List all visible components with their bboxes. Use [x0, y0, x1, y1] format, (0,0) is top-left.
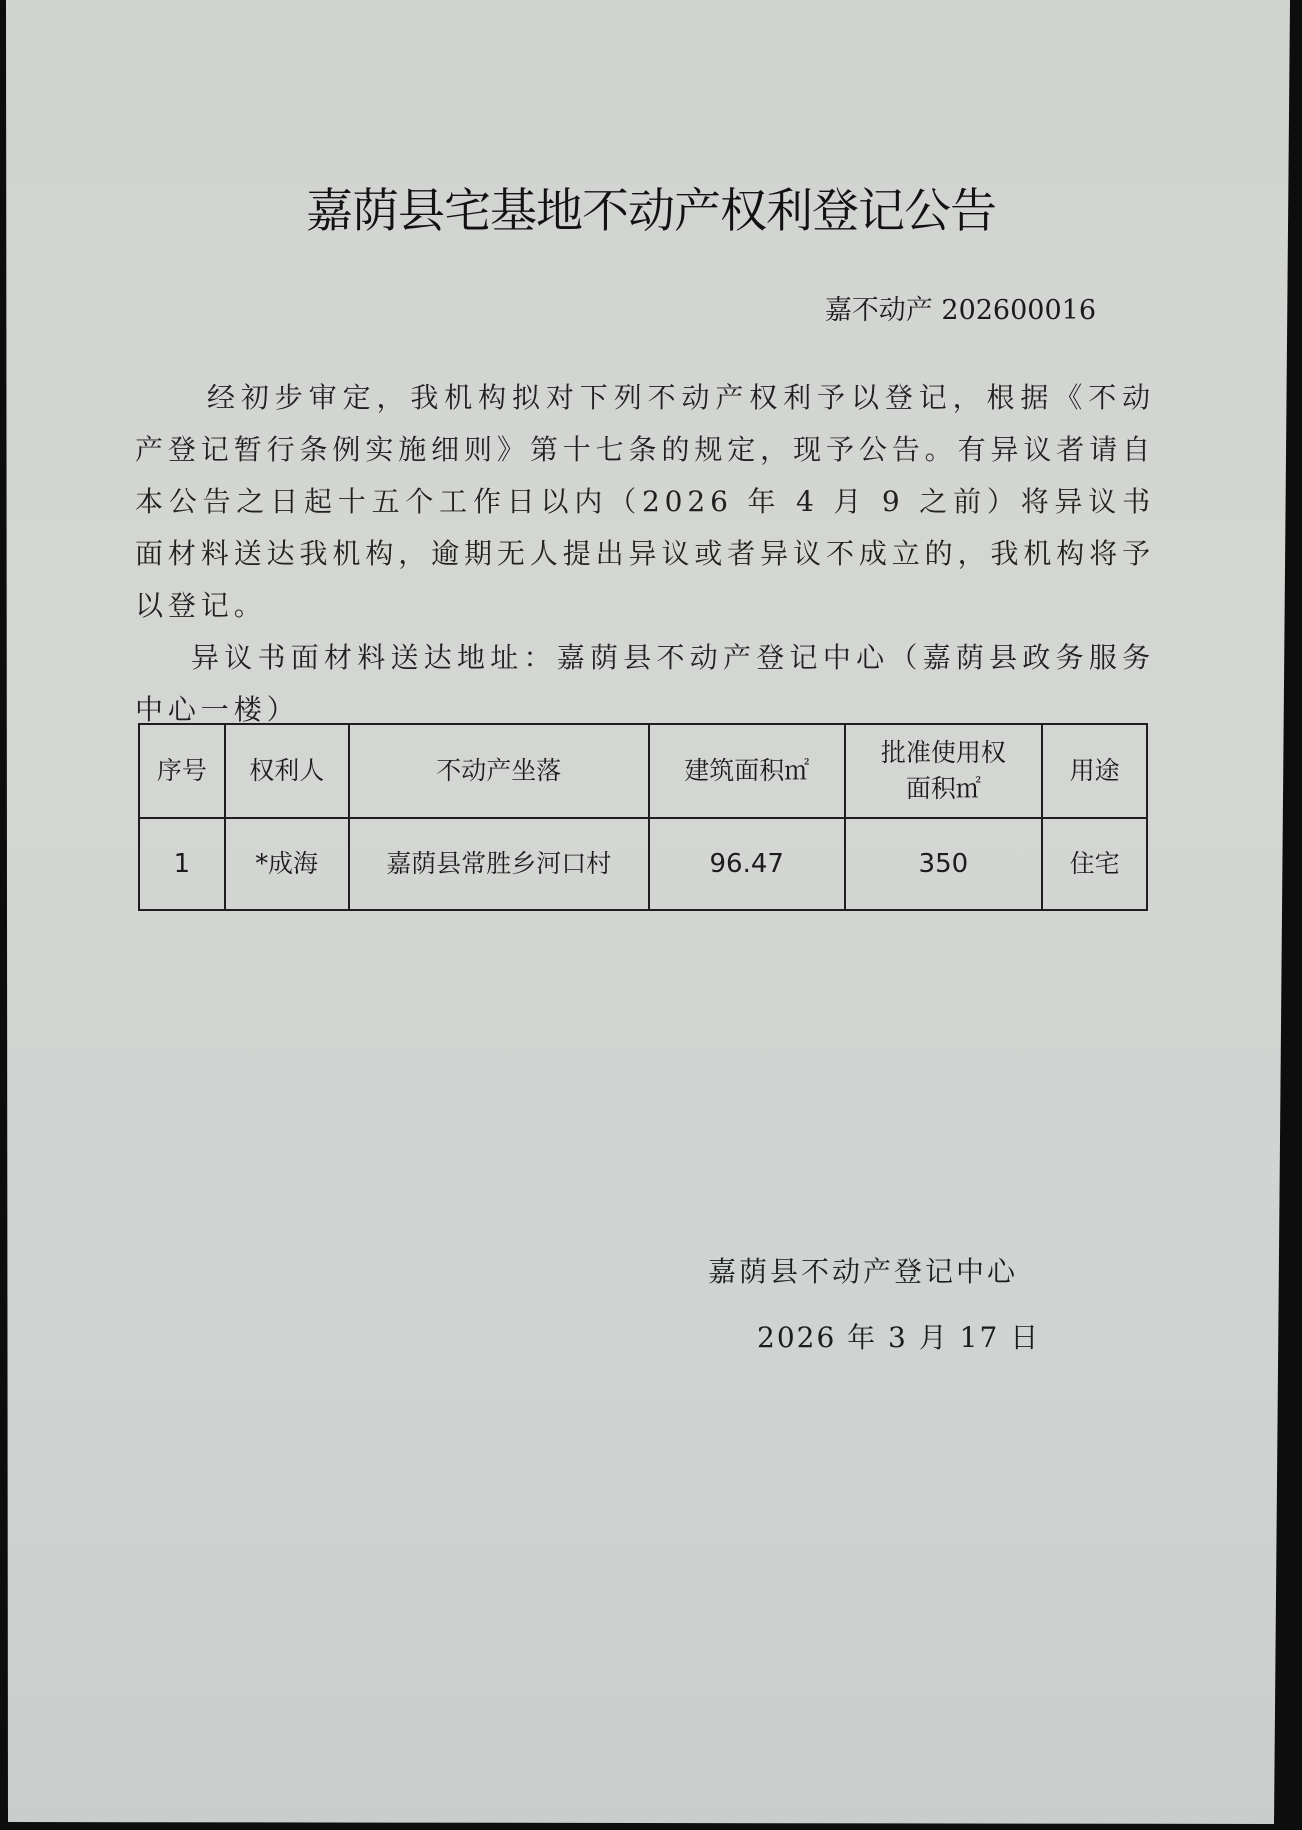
notice-body: 经初步审定，我机构拟对下列不动产权利予以登记，根据《不动产登记暂行条例实施细则》… — [135, 372, 1155, 736]
header-index: 序号 — [139, 724, 225, 818]
header-location: 不动产坐落 — [349, 724, 649, 818]
signature-organization: 嘉荫县不动产登记中心 — [708, 1250, 1018, 1290]
header-approved-area-line2: 面积㎡ — [846, 771, 1042, 807]
cell-usage: 住宅 — [1042, 818, 1147, 910]
objection-address-paragraph: 异议书面材料送达地址：嘉荫县不动产登记中心（嘉荫县政务服务中心一楼） — [135, 632, 1155, 736]
cell-index: 1 — [139, 818, 225, 910]
document-page — [6, 0, 1290, 1824]
reference-number: 嘉不动产 202600016 — [825, 288, 1096, 327]
header-holder: 权利人 — [225, 724, 349, 818]
registration-table: 序号 权利人 不动产坐落 建筑面积㎡ 批准使用权 面积㎡ 用途 1 *成海 嘉荫… — [138, 723, 1148, 911]
notice-paragraph: 经初步审定，我机构拟对下列不动产权利予以登记，根据《不动产登记暂行条例实施细则》… — [135, 372, 1155, 632]
cell-building-area: 96.47 — [649, 818, 845, 910]
cell-approved-area: 350 — [845, 818, 1043, 910]
header-building-area: 建筑面积㎡ — [649, 724, 845, 818]
cell-holder: *成海 — [225, 818, 349, 910]
header-approved-area-line1: 批准使用权 — [846, 735, 1042, 771]
cell-location: 嘉荫县常胜乡河口村 — [349, 818, 649, 910]
header-approved-area: 批准使用权 面积㎡ — [845, 724, 1043, 818]
document-title: 嘉荫县宅基地不动产权利登记公告 — [0, 174, 1302, 241]
signature-date: 2026 年 3 月 17 日 — [757, 1316, 1040, 1356]
table-header-row: 序号 权利人 不动产坐落 建筑面积㎡ 批准使用权 面积㎡ 用途 — [139, 724, 1147, 818]
table-row: 1 *成海 嘉荫县常胜乡河口村 96.47 350 住宅 — [139, 818, 1147, 910]
header-usage: 用途 — [1042, 724, 1147, 818]
